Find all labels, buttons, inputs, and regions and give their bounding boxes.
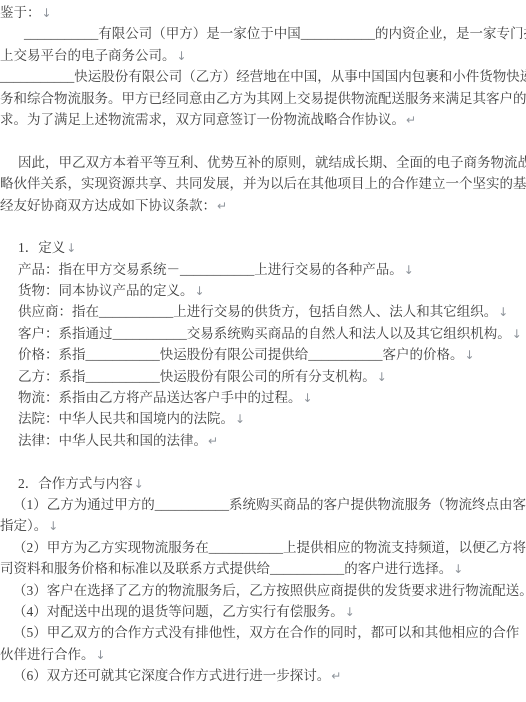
- soft-line-break-mark-icon: ↓: [465, 348, 475, 362]
- text-line: 指定）。↓: [0, 515, 526, 536]
- line-text: 产品：指在甲方交易系统－___________上进行交易的各种产品。: [18, 262, 403, 277]
- line-text: 伙伴进行合作。: [0, 647, 95, 662]
- text-line: 鉴于：↓: [0, 2, 526, 23]
- text-line: （3）客户在选择了乙方的物流服务后，乙方按照供应商提供的发货要求进行物流配送。↓: [0, 580, 526, 601]
- text-line: 法律：中华人民共和国的法律。↵: [0, 430, 526, 451]
- soft-line-break-mark-icon: ↓: [195, 284, 205, 298]
- line-text: 务和综合物流服务。甲方已经同意由乙方为其网上交易提供物流配送服务来满足其客户的需: [0, 91, 526, 106]
- line-text: （1）乙方为通过甲方的___________系统购买商品的客户提供物流服务（物流…: [13, 497, 526, 512]
- soft-line-break-mark-icon: ↓: [453, 562, 463, 576]
- line-text: 司资料和服务价格和标准以及联系方式提供给___________的客户进行选择。: [0, 561, 452, 576]
- soft-line-break-mark-icon: ↓: [134, 477, 144, 491]
- line-text: 物流：系指由乙方将产品送达客户手中的过程。: [18, 390, 302, 405]
- line-text: 上交易平台的电子商务公司。: [0, 48, 176, 63]
- text-line: 伙伴进行合作。↓: [0, 644, 526, 665]
- document-page[interactable]: 鉴于：↓___________有限公司（甲方）是一家位于中国__________…: [0, 0, 526, 702]
- soft-line-break-mark-icon: ↓: [404, 263, 414, 277]
- line-text: 因此，甲乙双方本着平等互利、优势互补的原则，就结成长期、全面的电子商务物流战: [18, 155, 526, 170]
- line-text: ___________有限公司（甲方）是一家位于中国___________的内资…: [24, 26, 526, 41]
- text-line: （1）乙方为通过甲方的___________系统购买商品的客户提供物流服务（物流…: [0, 494, 526, 515]
- line-text: 客户：系指通过___________交易系统购买商品的自然人和法人以及其它组织机…: [18, 326, 511, 341]
- soft-line-break-mark-icon: ↓: [96, 648, 106, 662]
- text-line: ___________有限公司（甲方）是一家位于中国___________的内资…: [0, 23, 526, 44]
- text-line: 求。为了满足上述物流需求，双方同意签订一份物流战略合作协议。↵: [0, 109, 526, 130]
- text-line: 物流：系指由乙方将产品送达客户手中的过程。↓: [0, 387, 526, 408]
- line-text: 2．合作方式与内容: [18, 476, 133, 491]
- paragraph-end-mark-icon: ↵: [406, 113, 416, 127]
- text-line: 供应商：指在___________上进行交易的供货方，包括自然人、法人和其它组织…: [0, 301, 526, 322]
- soft-line-break-mark-icon: ↓: [42, 6, 52, 20]
- empty-line: [0, 451, 526, 472]
- text-line: 因此，甲乙双方本着平等互利、优势互补的原则，就结成长期、全面的电子商务物流战: [0, 152, 526, 173]
- line-text: 价格：系指___________快运股份有限公司提供给___________客户…: [18, 347, 464, 362]
- text-line: 1．定义↓: [0, 237, 526, 258]
- text-line: 务和综合物流服务。甲方已经同意由乙方为其网上交易提供物流配送服务来满足其客户的需: [0, 88, 526, 109]
- line-text: 法律：中华人民共和国的法律。: [18, 433, 207, 448]
- text-line: （2）甲方为乙方实现物流服务在___________上提供相应的物流支持频道，以…: [0, 537, 526, 558]
- soft-line-break-mark-icon: ↓: [303, 391, 313, 405]
- line-text: 法院：中华人民共和国境内的法院。: [18, 411, 234, 426]
- paragraph-end-mark-icon: ↵: [208, 434, 218, 448]
- line-text: 货物：同本协议产品的定义。: [18, 283, 194, 298]
- empty-line: [0, 130, 526, 151]
- soft-line-break-mark-icon: ↓: [498, 305, 508, 319]
- soft-line-break-mark-icon: ↓: [512, 327, 522, 341]
- soft-line-break-mark-icon: ↓: [66, 241, 76, 255]
- line-text: 求。为了满足上述物流需求，双方同意签订一份物流战略合作协议。: [0, 112, 405, 127]
- text-line: 货物：同本协议产品的定义。↓: [0, 280, 526, 301]
- text-line: （4）对配送中出现的退货等问题，乙方实行有偿服务。↓: [0, 601, 526, 622]
- text-line: 2．合作方式与内容↓: [0, 473, 526, 494]
- text-line: ___________快运股份有限公司（乙方）经营地在中国，从事中国国内包裹和小…: [0, 66, 526, 87]
- text-line: 略伙伴关系，实现资源共享、共同发展，并为以后在其他项目上的合作建立一个坚实的基础…: [0, 173, 526, 194]
- text-line: 法院：中华人民共和国境内的法院。↓: [0, 408, 526, 429]
- line-text: ___________快运股份有限公司（乙方）经营地在中国，从事中国国内包裹和小…: [0, 69, 526, 84]
- line-text: （6）双方还可就其它深度合作方式进行进一步探讨。: [13, 668, 330, 683]
- text-line: 产品：指在甲方交易系统－___________上进行交易的各种产品。↓: [0, 259, 526, 280]
- line-text: 乙方：系指___________快运股份有限公司的所有分支机构。: [18, 369, 376, 384]
- line-text: （3）客户在选择了乙方的物流服务后，乙方按照供应商提供的发货要求进行物流配送。: [13, 583, 526, 598]
- line-text: （4）对配送中出现的退货等问题，乙方实行有偿服务。: [13, 604, 344, 619]
- soft-line-break-mark-icon: ↓: [177, 49, 187, 63]
- paragraph-end-mark-icon: ↵: [217, 199, 227, 213]
- text-line: 乙方：系指___________快运股份有限公司的所有分支机构。↓: [0, 366, 526, 387]
- line-text: 略伙伴关系，实现资源共享、共同发展，并为以后在其他项目上的合作建立一个坚实的基础…: [0, 176, 526, 191]
- text-line: 司资料和服务价格和标准以及联系方式提供给___________的客户进行选择。↓: [0, 558, 526, 579]
- text-line: 经友好协商双方达成如下协议条款：↵: [0, 195, 526, 216]
- paragraph-end-mark-icon: ↵: [331, 669, 341, 683]
- soft-line-break-mark-icon: ↓: [377, 370, 387, 384]
- text-line: 价格：系指___________快运股份有限公司提供给___________客户…: [0, 344, 526, 365]
- line-text: 1．定义: [18, 240, 65, 255]
- line-text: 供应商：指在___________上进行交易的供货方，包括自然人、法人和其它组织…: [18, 304, 497, 319]
- line-text: （5）甲乙双方的合作方式没有排他性，双方在合作的同时，都可以和其他相应的合作: [13, 625, 519, 640]
- line-text: 指定）。: [0, 518, 47, 533]
- text-line: 上交易平台的电子商务公司。↓: [0, 45, 526, 66]
- text-line: （6）双方还可就其它深度合作方式进行进一步探讨。↵: [0, 665, 526, 686]
- empty-line: [0, 216, 526, 237]
- line-text: 鉴于：: [0, 5, 41, 20]
- soft-line-break-mark-icon: ↓: [235, 412, 245, 426]
- soft-line-break-mark-icon: ↓: [48, 519, 58, 533]
- text-line: （5）甲乙双方的合作方式没有排他性，双方在合作的同时，都可以和其他相应的合作: [0, 622, 526, 643]
- line-text: 经友好协商双方达成如下协议条款：: [0, 198, 216, 213]
- soft-line-break-mark-icon: ↓: [345, 605, 355, 619]
- text-line: 客户：系指通过___________交易系统购买商品的自然人和法人以及其它组织机…: [0, 323, 526, 344]
- line-text: （2）甲方为乙方实现物流服务在___________上提供相应的物流支持频道，以…: [13, 540, 526, 555]
